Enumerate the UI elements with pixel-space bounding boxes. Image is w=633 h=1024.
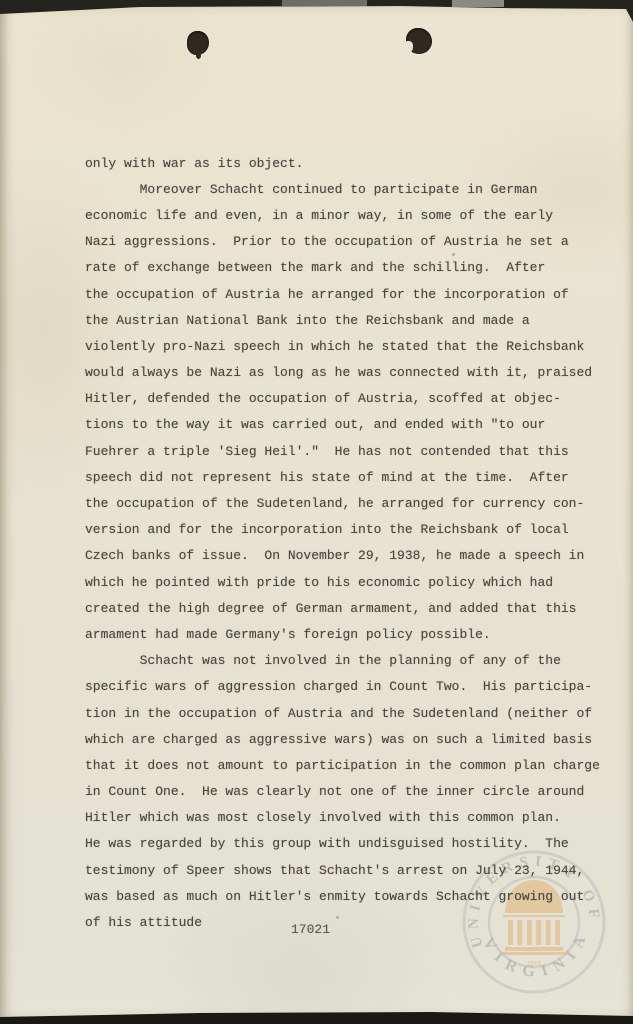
text-line: speech did not represent his state of mi… [85,465,625,491]
text-line: tion in the occupation of Austria and th… [85,701,625,727]
text-line: the Austrian National Bank into the Reic… [85,308,625,334]
seal-year-text: 1819 [527,960,542,968]
text-line: armament had made Germany's foreign poli… [85,622,625,648]
text-line: was based as much on Hitler's enmity tow… [85,884,625,910]
paper-speck [452,253,455,256]
text-line: tions to the way it was carried out, and… [85,412,625,438]
text-line: Nazi aggressions. Prior to the occupatio… [85,229,625,255]
text-line: the occupation of the Sudetenland, he ar… [85,491,625,517]
scan-edge-patch [282,0,367,6]
typewritten-text: only with war as its object. Moreover Sc… [85,72,625,936]
text-line: the occupation of Austria he arranged fo… [85,282,625,308]
text-line: Hitler, defended the occupation of Austr… [85,386,625,412]
text-line: Moreover Schacht continued to participat… [85,177,625,203]
text-line: in Count One. He was clearly not one of … [85,779,625,805]
text-line: only with war as its object. [85,151,625,177]
text-line: which he pointed with pride to his econo… [85,570,625,596]
text-line: Fuehrer a triple 'Sieg Heil'." He has no… [85,439,625,465]
text-line: economic life and even, in a minor way, … [85,203,625,229]
text-line: specific wars of aggression charged in C… [85,674,625,700]
document-page: only with war as its object. Moreover Sc… [0,0,633,1024]
paper-speck [336,916,339,919]
text-line: that it does not amount to participation… [85,753,625,779]
text-line: created the high degree of German armame… [85,596,625,622]
text-line: violently pro-Nazi speech in which he st… [85,334,625,360]
text-line: Czech banks of issue. On November 29, 19… [85,543,625,569]
text-line: version and for the incorporation into t… [85,517,625,543]
punch-hole-right [406,28,432,54]
text-line: Schacht was not involved in the planning… [85,648,625,674]
text-line: Hitler which was most closely involved w… [85,805,625,831]
page-number: 17021 [0,922,621,937]
text-line: He was regarded by this group with undis… [85,831,625,857]
text-line: testimony of Speer shows that Schacht's … [85,858,625,884]
text-line: would always be Nazi as long as he was c… [85,360,625,386]
text-line: which are charged as aggressive wars) wa… [85,727,625,753]
scan-edge-patch [452,0,504,7]
text-line: rate of exchange between the mark and th… [85,255,625,281]
